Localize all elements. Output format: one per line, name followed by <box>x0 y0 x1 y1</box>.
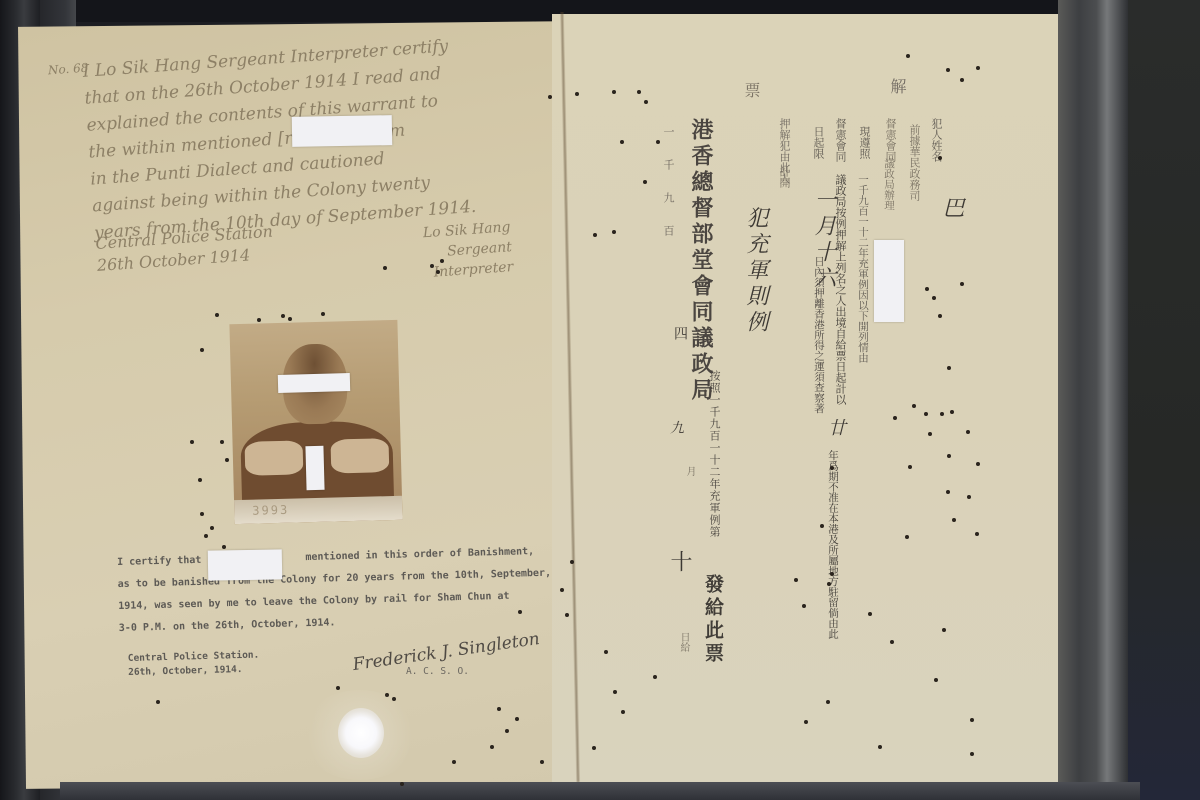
pinhole-dot <box>452 760 456 764</box>
pinhole-dot <box>613 690 617 694</box>
pinhole-dot <box>560 588 564 592</box>
document-right-page <box>552 14 1058 782</box>
pinhole-dot <box>975 532 979 536</box>
redaction-eyes <box>278 373 350 393</box>
pinhole-dot <box>938 314 942 318</box>
pinhole-dot <box>200 512 204 516</box>
pinhole-dot <box>947 454 951 458</box>
pinhole-dot <box>925 287 929 291</box>
pinhole-dot <box>878 745 882 749</box>
pinhole-dot <box>225 458 229 462</box>
exec-council-text: 議政局辦理 <box>882 158 897 211</box>
pinhole-dot <box>497 707 501 711</box>
photo-right-hand <box>330 438 389 474</box>
redaction-name-handwritten <box>292 115 393 147</box>
pinhole-dot <box>593 233 597 237</box>
issuing-authority: 港香總督部堂會同議政局 <box>686 118 717 404</box>
day-label: 日給 <box>676 632 691 652</box>
pinhole-dot <box>621 710 625 714</box>
council-label: 督憲會同 <box>832 118 848 162</box>
pinhole-dot <box>540 760 544 764</box>
month-handwritten: 九 <box>666 420 686 434</box>
pinhole-dot <box>288 317 292 321</box>
pinhole-dot <box>518 610 522 614</box>
exec-label: 前據華民政務司 <box>906 124 922 201</box>
pinhole-dot <box>804 720 808 724</box>
redaction-name-chinese <box>874 240 904 322</box>
pinhole-dot <box>656 140 660 144</box>
pinhole-dot <box>490 745 494 749</box>
pinhole-dot <box>970 752 974 756</box>
pinhole-dot <box>190 440 194 444</box>
pinhole-dot <box>570 560 574 564</box>
years-handwritten: 廿 <box>822 418 848 436</box>
typed-certificate: I certify that mentioned in this order o… <box>117 540 559 639</box>
pinhole-dot <box>960 78 964 82</box>
pinhole-dot <box>612 230 616 234</box>
pinhole-dot <box>643 180 647 184</box>
pinhole-dot <box>281 314 285 318</box>
pinhole-dot <box>644 100 648 104</box>
pinhole-dot <box>912 404 916 408</box>
display-case-bottom <box>60 782 1140 800</box>
display-case-glass-edge <box>1058 0 1128 800</box>
day-handwritten: 十 <box>664 550 695 572</box>
exec-council-label: 督憲會同 <box>882 118 898 162</box>
pinhole-dot <box>938 156 942 160</box>
pinhole-dot <box>430 264 434 268</box>
title-character-left: 票 <box>740 82 763 98</box>
typed-text: I certify that <box>117 555 202 568</box>
pinhole-dot <box>321 312 325 316</box>
pinhole-dot <box>905 535 909 539</box>
date-start-label: 日起限 <box>810 126 826 159</box>
pinhole-dot <box>257 318 261 322</box>
pinhole-dot <box>826 700 830 704</box>
pinhole-dot <box>890 640 894 644</box>
pinhole-dot <box>868 612 872 616</box>
pinhole-dot <box>946 68 950 72</box>
redaction-id-tag <box>305 446 324 490</box>
jibi-label: 計開 <box>776 166 792 188</box>
pinhole-dot <box>908 465 912 469</box>
pinhole-dot <box>637 90 641 94</box>
pinhole-dot <box>947 366 951 370</box>
handwritten-signoff: Lo Sik Hang Sergeant Interpreter <box>370 217 514 287</box>
photo-left-hand <box>244 440 303 476</box>
title-character-right: 解 <box>886 78 909 94</box>
pinhole-dot <box>548 95 552 99</box>
signatory-rank: A. C. S. O. <box>406 666 469 677</box>
pinhole-dot <box>952 518 956 522</box>
pinhole-dot <box>960 282 964 286</box>
pinhole-dot <box>802 604 806 608</box>
pinhole-dot <box>893 416 897 420</box>
pinhole-dot <box>942 628 946 632</box>
month-label: 月 <box>682 466 697 476</box>
pinhole-dot <box>200 348 204 352</box>
pinhole-dot <box>653 675 657 679</box>
name-handwritten: 巴 <box>936 196 967 218</box>
pinhole-dot <box>830 572 834 576</box>
pinhole-dot <box>336 686 340 690</box>
crime-handwritten: 犯充軍則例 <box>740 206 771 336</box>
photo-number-strip: 3993 <box>234 496 403 524</box>
issue-statement: 發給此票 <box>700 574 727 666</box>
pinhole-dot <box>794 578 798 582</box>
pinhole-dot <box>820 524 824 528</box>
pinhole-dot <box>210 526 214 530</box>
pinhole-dot <box>976 462 980 466</box>
pinhole-dot <box>932 296 936 300</box>
pinhole-dot <box>970 718 974 722</box>
background-wall <box>1128 0 1200 800</box>
pinhole-dot <box>967 495 971 499</box>
pinhole-dot <box>204 534 208 538</box>
pinhole-dot <box>928 432 932 436</box>
name-label: 犯人姓名 <box>928 118 944 162</box>
pinhole-dot <box>940 412 944 416</box>
pinhole-dot <box>620 140 624 144</box>
current-label: 現遵照 <box>856 126 872 159</box>
date-column-printed: 一千九百 <box>660 126 676 258</box>
pinhole-dot <box>220 440 224 444</box>
typed-station: Central Police Station. 26th, October, 1… <box>128 649 260 680</box>
period-text: 年爲期不准在本港及所屬地方駐留倘由此 <box>826 450 841 639</box>
pinhole-dot <box>400 782 404 786</box>
pinhole-dot <box>383 266 387 270</box>
within-days-text: 日內須押離香港所得之運須查察著 <box>812 256 827 414</box>
pinhole-dot <box>976 66 980 70</box>
pinhole-dot <box>966 430 970 434</box>
ordinance-reference: 按照一千九百一十二年充軍例第 <box>706 370 722 538</box>
typed-text: mentioned in this order of Banishment, <box>305 546 534 563</box>
pinhole-dot <box>565 613 569 617</box>
current-text: 一千九百一十二年充軍例因以下開列情由 <box>856 174 871 363</box>
pinhole-dot <box>515 717 519 721</box>
redaction-name-typed <box>208 549 283 580</box>
pinhole-dot <box>946 490 950 494</box>
mugshot-photo: 3993 <box>229 320 402 524</box>
pinhole-dot <box>950 410 954 414</box>
light-reflection <box>338 708 384 758</box>
pinhole-dot <box>198 478 202 482</box>
pinhole-dot <box>156 700 160 704</box>
pinhole-dot <box>906 54 910 58</box>
pinhole-dot <box>827 582 831 586</box>
pinhole-dot <box>612 90 616 94</box>
pinhole-dot <box>575 92 579 96</box>
pinhole-dot <box>440 259 444 263</box>
pinhole-dot <box>924 412 928 416</box>
pinhole-dot <box>436 270 440 274</box>
pinhole-dot <box>934 678 938 682</box>
pinhole-dot <box>592 746 596 750</box>
pinhole-dot <box>604 650 608 654</box>
council-text: 議政局按例押解上列名之人出境自給票日起計以 <box>832 174 848 405</box>
pinhole-dot <box>215 313 219 317</box>
pinhole-dot <box>505 729 509 733</box>
pinhole-dot <box>222 545 226 549</box>
pinhole-dot <box>830 466 834 470</box>
